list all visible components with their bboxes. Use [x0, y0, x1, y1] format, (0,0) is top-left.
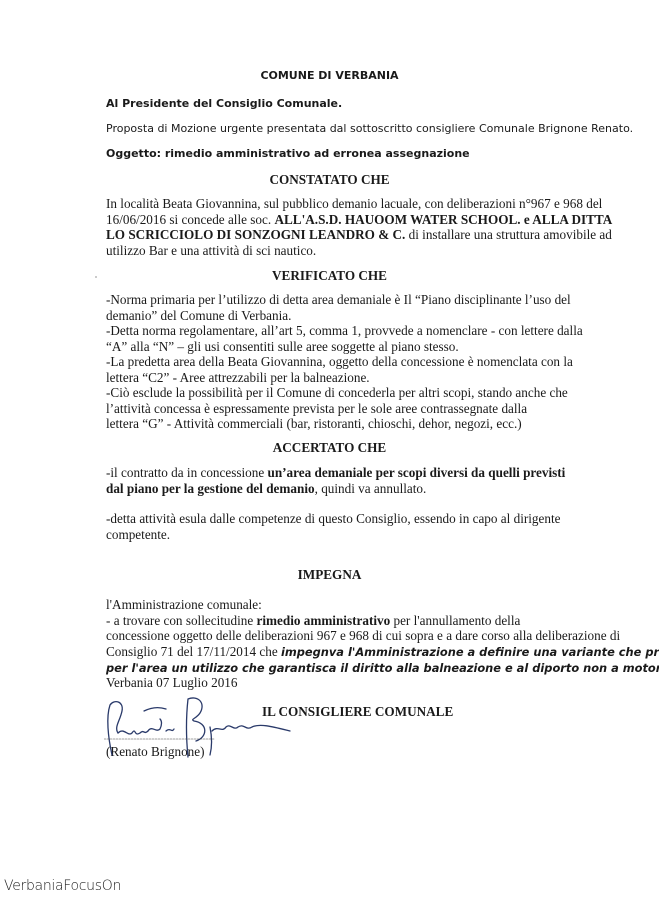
paragraph-line: demanio” del Comune di Verbania.: [106, 308, 556, 324]
paragraph-line: lettera “C2” - Aree attrezzabili per la …: [106, 370, 556, 386]
text-run: -il contratto da in concessione: [106, 465, 268, 480]
section-heading-impegna: IMPEGNA: [0, 567, 659, 583]
paragraph-line: Consiglio 71 del 17/11/2014 che impegnva…: [106, 644, 586, 661]
section-heading-accertato: ACCERTATO CHE: [0, 440, 659, 456]
paragraph-line: 16/06/2016 si concede alle soc. ALL'A.S.…: [106, 212, 556, 228]
section-body-accertato-1: -il contratto da in concessione un’area …: [106, 465, 556, 496]
paragraph-line: -Norma primaria per l’utilizzo di detta …: [106, 292, 556, 308]
section-heading-constatato: CONSTATATO CHE: [0, 172, 659, 188]
paragraph-line: -il contratto da in concessione un’area …: [106, 465, 556, 481]
paragraph-line: -Detta norma regolamentare, all’art 5, c…: [106, 323, 556, 339]
text-run: , quindi va annullato.: [315, 481, 427, 496]
addressee: Al Presidente del Consiglio Comunale.: [106, 97, 342, 110]
watermark-brand: VerbaniaFocusOn: [4, 878, 121, 894]
paragraph-line: -detta attività esula dalle competenze d…: [106, 511, 556, 527]
intro-text: Proposta di Mozione urgente presentata d…: [106, 122, 633, 135]
document-header: COMUNE DI VERBANIA: [0, 69, 659, 82]
paragraph-line: -La predetta area della Beata Giovannina…: [106, 354, 556, 370]
bold-text: ALL'A.S.D. HAUOOM WATER SCHOOL. e ALLA D…: [274, 212, 612, 227]
text-run: Consiglio 71 del 17/11/2014 che: [106, 644, 281, 659]
paragraph-line: competente.: [106, 527, 556, 543]
paragraph-line: l'Amministrazione comunale:: [106, 597, 586, 613]
subject-line: Oggetto: rimedio amministrativo ad erron…: [106, 147, 470, 160]
section-body-impegna: l'Amministrazione comunale: - a trovare …: [106, 597, 586, 677]
handwritten-signature: [104, 697, 294, 759]
section-body-accertato-2: -detta attività esula dalle competenze d…: [106, 511, 556, 542]
bold-text: LO SCRICCIOLO DI SONZOGNI LEANDRO & C.: [106, 227, 405, 242]
italic-bold-text: impegnva l'Amministrazione a definire un…: [281, 645, 659, 659]
paragraph-line: - a trovare con sollecitudine rimedio am…: [106, 613, 586, 629]
paragraph-line: l’attività concessa è espressamente prev…: [106, 401, 556, 417]
section-heading-verificato: VERIFICATO CHE: [0, 268, 659, 284]
text-run: - a trovare con sollecitudine: [106, 613, 257, 628]
place-date: Verbania 07 Luglio 2016: [106, 675, 237, 691]
paragraph-line: lettera “G” - Attività commerciali (bar,…: [106, 416, 556, 432]
bold-text: dal piano per la gestione del demanio: [106, 481, 315, 496]
bold-text: un’area demaniale per scopi diversi da q…: [268, 465, 566, 480]
paragraph-line: utilizzo Bar e una attività di sci nauti…: [106, 243, 556, 259]
section-body-constatato: In località Beata Giovannina, sul pubbli…: [106, 196, 556, 258]
italic-bold-text: per l'area un utilizzo che garantisca il…: [106, 661, 659, 675]
text-run: di installare una struttura amovibile ad: [405, 227, 612, 242]
bold-text: rimedio amministrativo: [257, 613, 391, 628]
section-body-verificato: -Norma primaria per l’utilizzo di detta …: [106, 292, 556, 432]
paragraph-line: -Ciò esclude la possibilità per il Comun…: [106, 385, 556, 401]
paragraph-line: “A” alla “N” – gli usi consentiti sulle …: [106, 339, 556, 355]
paragraph-line: LO SCRICCIOLO DI SONZOGNI LEANDRO & C. d…: [106, 227, 556, 243]
text-run: per l'annullamento della: [390, 613, 520, 628]
paragraph-line: concessione oggetto delle deliberazioni …: [106, 628, 586, 644]
paragraph-line: dal piano per la gestione del demanio, q…: [106, 481, 556, 497]
text-run: 16/06/2016 si concede alle soc.: [106, 212, 274, 227]
paragraph-line: In località Beata Giovannina, sul pubbli…: [106, 196, 556, 212]
